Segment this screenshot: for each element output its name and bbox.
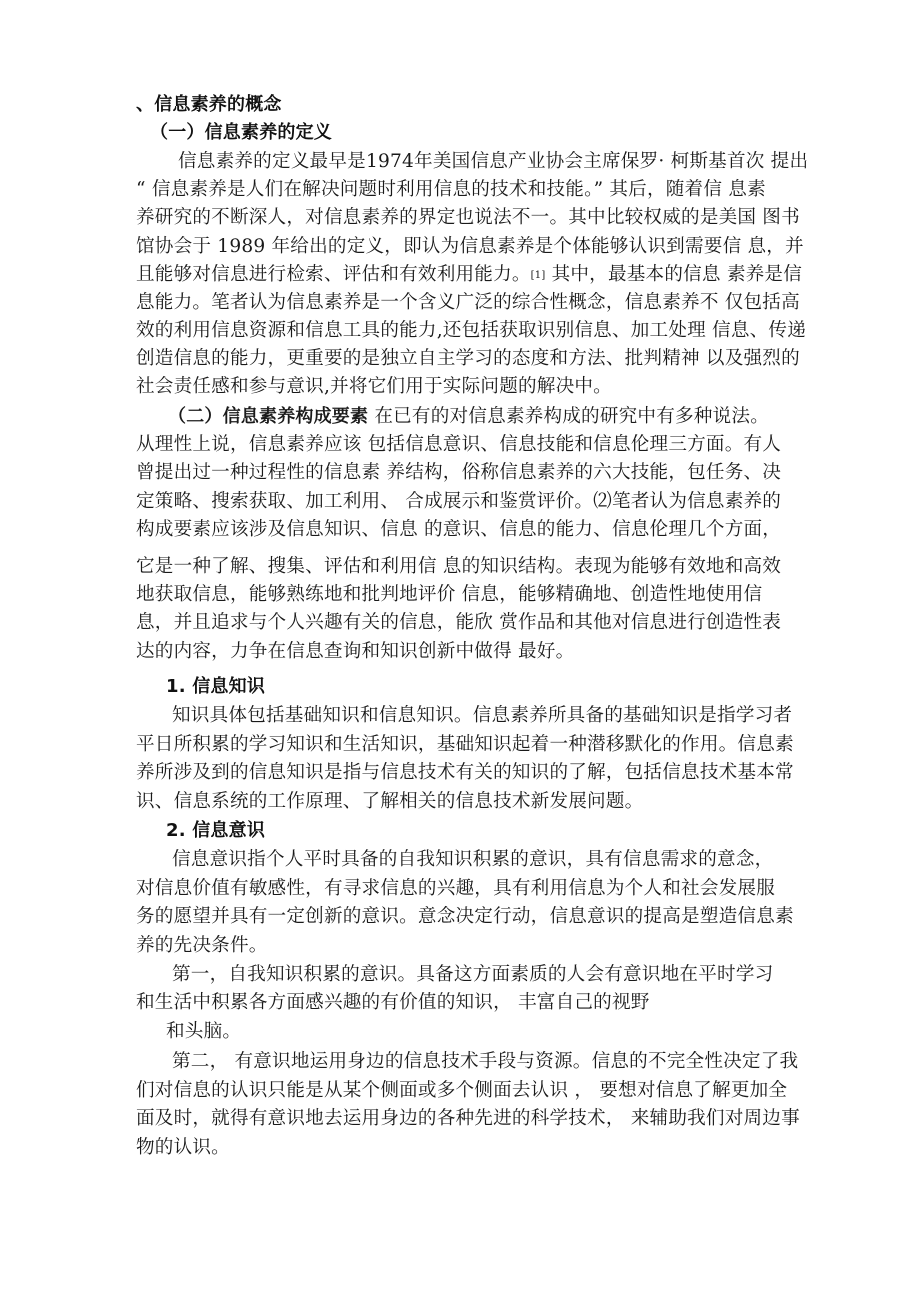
paragraph-line: 息，并且追求与个人兴趣有关的信息，能欣 赏作品和其他对信息进行创造性表 bbox=[136, 609, 781, 637]
paragraph-line: 养研究的不断深人，对信息素养的界定也说法不一。其中比较权威的是美国 图书 bbox=[136, 204, 800, 232]
paragraph-line: “ 信息素养是人们在解决问题时利用信息的技术和技能。” 其后，随着信 息素 bbox=[136, 176, 766, 204]
section-title: 、信息素养的概念 bbox=[136, 91, 282, 119]
paragraph-line: 息能力。笔者认为信息素养是一个含义广泛的综合性概念，信息素养不 仅包括高 bbox=[136, 289, 800, 317]
paragraph-line: 们对信息的认识只能是从某个侧面或多个侧面去认识 ， 要想对信息了解更加全 bbox=[136, 1077, 787, 1105]
paragraph-line: 社会责任感和参与意识,并将它们用于实际问题的解决中。 bbox=[136, 373, 612, 401]
paragraph-line: 构成要素应该涉及信息知识、信息 的意识、信息的能力、信息伦理几个方面， bbox=[136, 516, 781, 544]
paragraph-line: 对信息价值有敏感性，有寻求信息的兴趣，具有利用信息为个人和社会发展服 bbox=[136, 875, 775, 903]
paragraph-line: 平日所积累的学习知识和生活知识，基础知识起着一种潜移默化的作用。信息素 bbox=[136, 731, 794, 759]
paragraph-line: 和头脑。 bbox=[166, 1018, 241, 1046]
paragraph-line: 第二， 有意识地运用身边的信息技术手段与资源。信息的不完全性决定了我 bbox=[172, 1048, 798, 1076]
subsection-heading-definition: （一）信息素养的定义 bbox=[150, 119, 332, 147]
paragraph-line: 识、信息系统的工作原理、了解相关的信息技术新发展问题。 bbox=[136, 788, 643, 816]
paragraph-line: 地获取信息，能够熟练地和批判地评价 信息，能够精确地、创造性地使用信 bbox=[136, 581, 762, 609]
paragraph-line: 面及时，就得有意识地去运用身边的各种先进的科学技术， 来辅助我们对周边事 bbox=[136, 1105, 800, 1133]
paragraph-line: 养所涉及到的信息知识是指与信息技术有关的知识的了解，包括信息技术基本常 bbox=[136, 759, 794, 787]
paragraph-text: 在已有的对信息素养构成的研究中有多种说法。 bbox=[368, 406, 769, 427]
paragraph-line: 信息意识指个人平时具备的自我知识积累的意识，具有信息需求的意念， bbox=[172, 846, 773, 874]
paragraph-line: 信息素养的定义最早是1974年美国信息产业协会主席保罗· 柯斯基首次 提出 bbox=[178, 148, 808, 176]
paragraph-line: 定策略、搜索获取、加工利用、 合成展示和鉴赏评价。⑵笔者认为信息素养的 bbox=[136, 488, 781, 516]
paragraph-line: 效的利用信息资源和信息工具的能力,还包括获取识别信息、加工处理 信息、传递 bbox=[136, 317, 806, 345]
paragraph-line: 从理性上说，信息素养应该 包括信息意识、信息技能和信息伦理三方面。有人 bbox=[136, 431, 781, 459]
paragraph-line: 和生活中积累各方面感兴趣的有价值的知识， 丰富自己的视野 bbox=[136, 989, 650, 1017]
paragraph-line: 知识具体包括基础知识和信息知识。信息素养所具备的基础知识是指学习者 bbox=[172, 702, 792, 730]
paragraph-line: 养的先决条件。 bbox=[136, 932, 268, 960]
paragraph-text: 且能够对信息进行检索、评估和有效利用能力。 bbox=[136, 264, 531, 285]
document-page: 、信息素养的概念 （一）信息素养的定义 信息素养的定义最早是1974年美国信息产… bbox=[0, 0, 920, 1302]
subsection-heading-info-knowledge: 1. 信息知识 bbox=[166, 673, 265, 701]
subsection-heading-components: （二）信息素养构成要素 在已有的对信息素养构成的研究中有多种说法。 bbox=[168, 403, 769, 431]
paragraph-line: 务的愿望并具有一定创新的意识。意念决定行动，信息意识的提高是塑造信息素 bbox=[136, 903, 794, 931]
paragraph-line: 曾提出过一种过程性的信息素 养结构，俗称信息素养的六大技能，包任务、决 bbox=[136, 459, 781, 487]
paragraph-line: 且能够对信息进行检索、评估和有效利用能力。[1] 其中，最基本的信息 素养是信 bbox=[136, 261, 802, 289]
paragraph-line: 它是一种了解、搜集、评估和利用信 息的知识结构。表现为能够有效地和高效 bbox=[136, 553, 781, 581]
paragraph-text: 其中，最基本的信息 素养是信 bbox=[552, 264, 802, 285]
citation-ref: [1] bbox=[531, 270, 546, 281]
subsection-heading-info-awareness: 2. 信息意识 bbox=[166, 817, 265, 845]
paragraph-line: 第一，自我知识积累的意识。具备这方面素质的人会有意识地在平时学习 bbox=[172, 961, 773, 989]
subsection-heading: （二）信息素养构成要素 bbox=[168, 406, 368, 427]
paragraph-line: 物的认识。 bbox=[136, 1134, 230, 1162]
paragraph-line: 馆协会于 1989 年给出的定义，即认为信息素养是个体能够认识到需要信 息，并 bbox=[136, 233, 804, 261]
paragraph-line: 达的内容，力争在信息查询和知识创新中做得 最好。 bbox=[136, 638, 574, 666]
paragraph-line: 创造信息的能力，更重要的是独立自主学习的态度和方法、批判精神 以及强烈的 bbox=[136, 345, 800, 373]
